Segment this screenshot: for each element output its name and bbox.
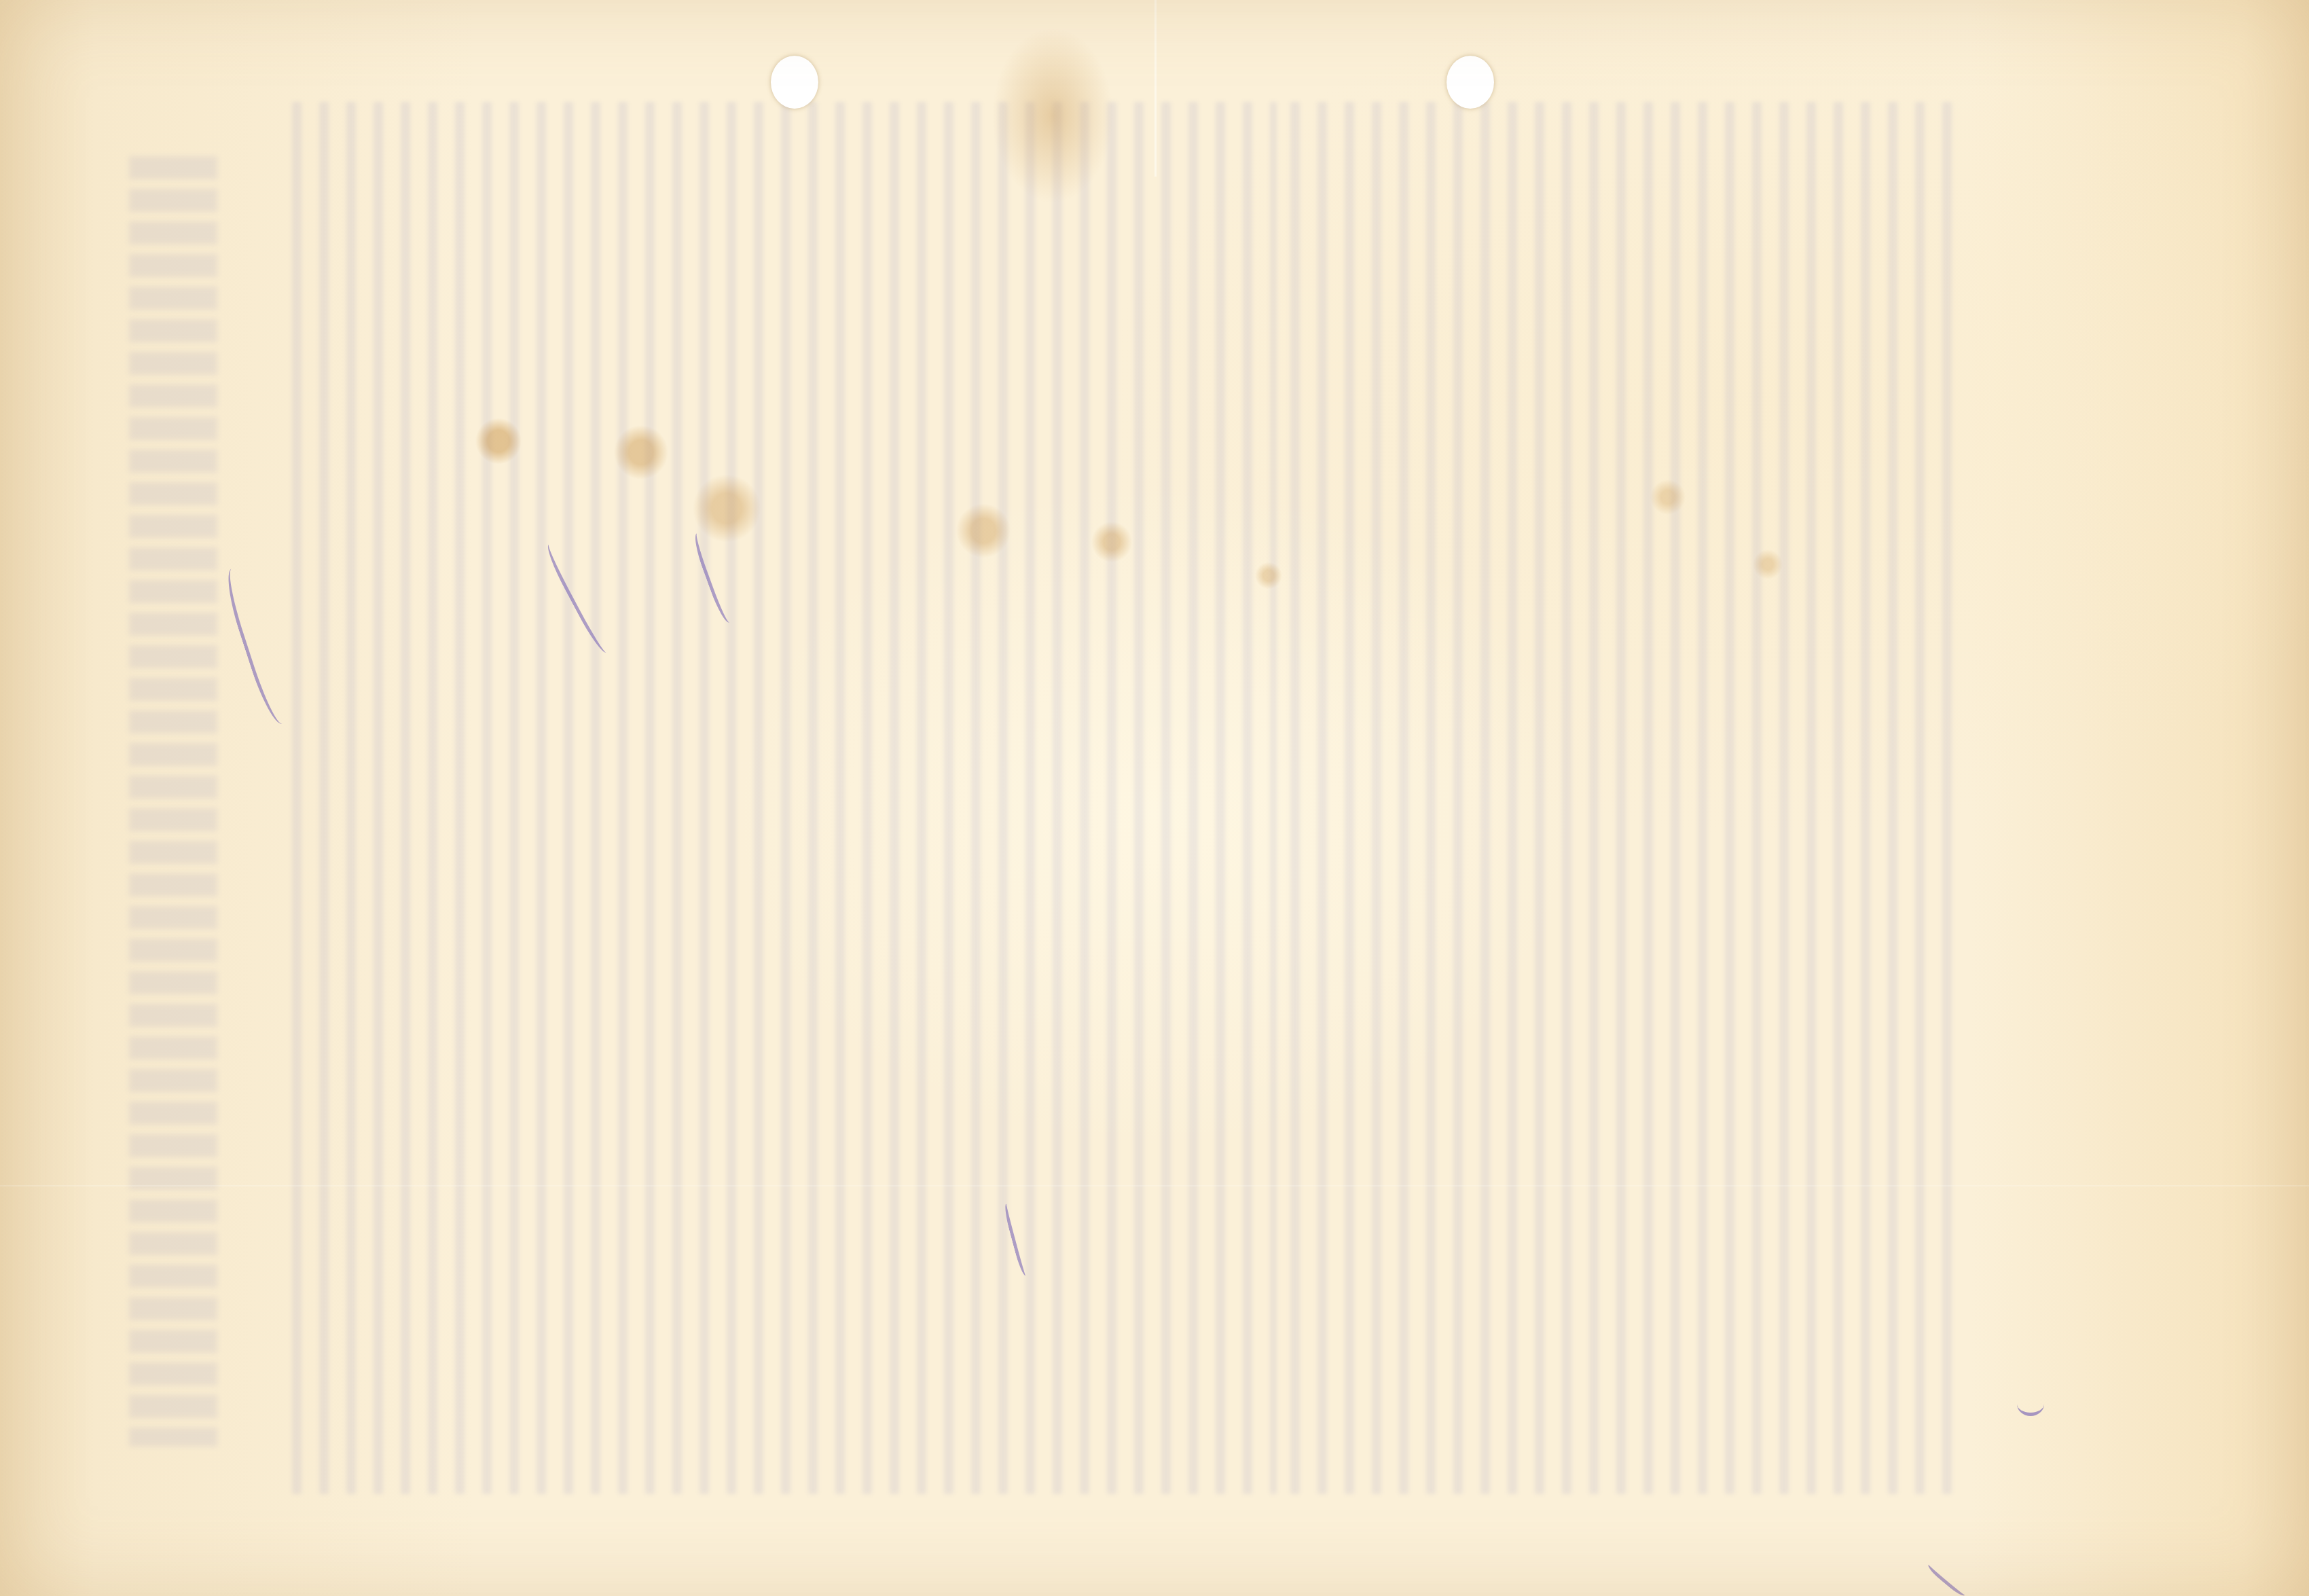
ink-stroke: [1926, 1560, 1969, 1596]
bleed-through-heading: [129, 156, 217, 1447]
paper-sheet: Reverse side of aged paper sheet illegib…: [0, 0, 2309, 1596]
foxing-stains: [441, 407, 1868, 632]
paper-crease: [1154, 0, 1157, 177]
ink-mark: [2017, 1392, 2044, 1416]
water-stain: [992, 27, 1114, 204]
ink-scribble: [220, 563, 299, 727]
bleed-through-text-right: [1290, 102, 1969, 1494]
bleed-through-text-left: [292, 102, 1277, 1494]
paper-fold: [0, 1185, 2309, 1186]
punch-hole-right: [1447, 56, 1494, 109]
punch-hole-left: [771, 56, 818, 109]
